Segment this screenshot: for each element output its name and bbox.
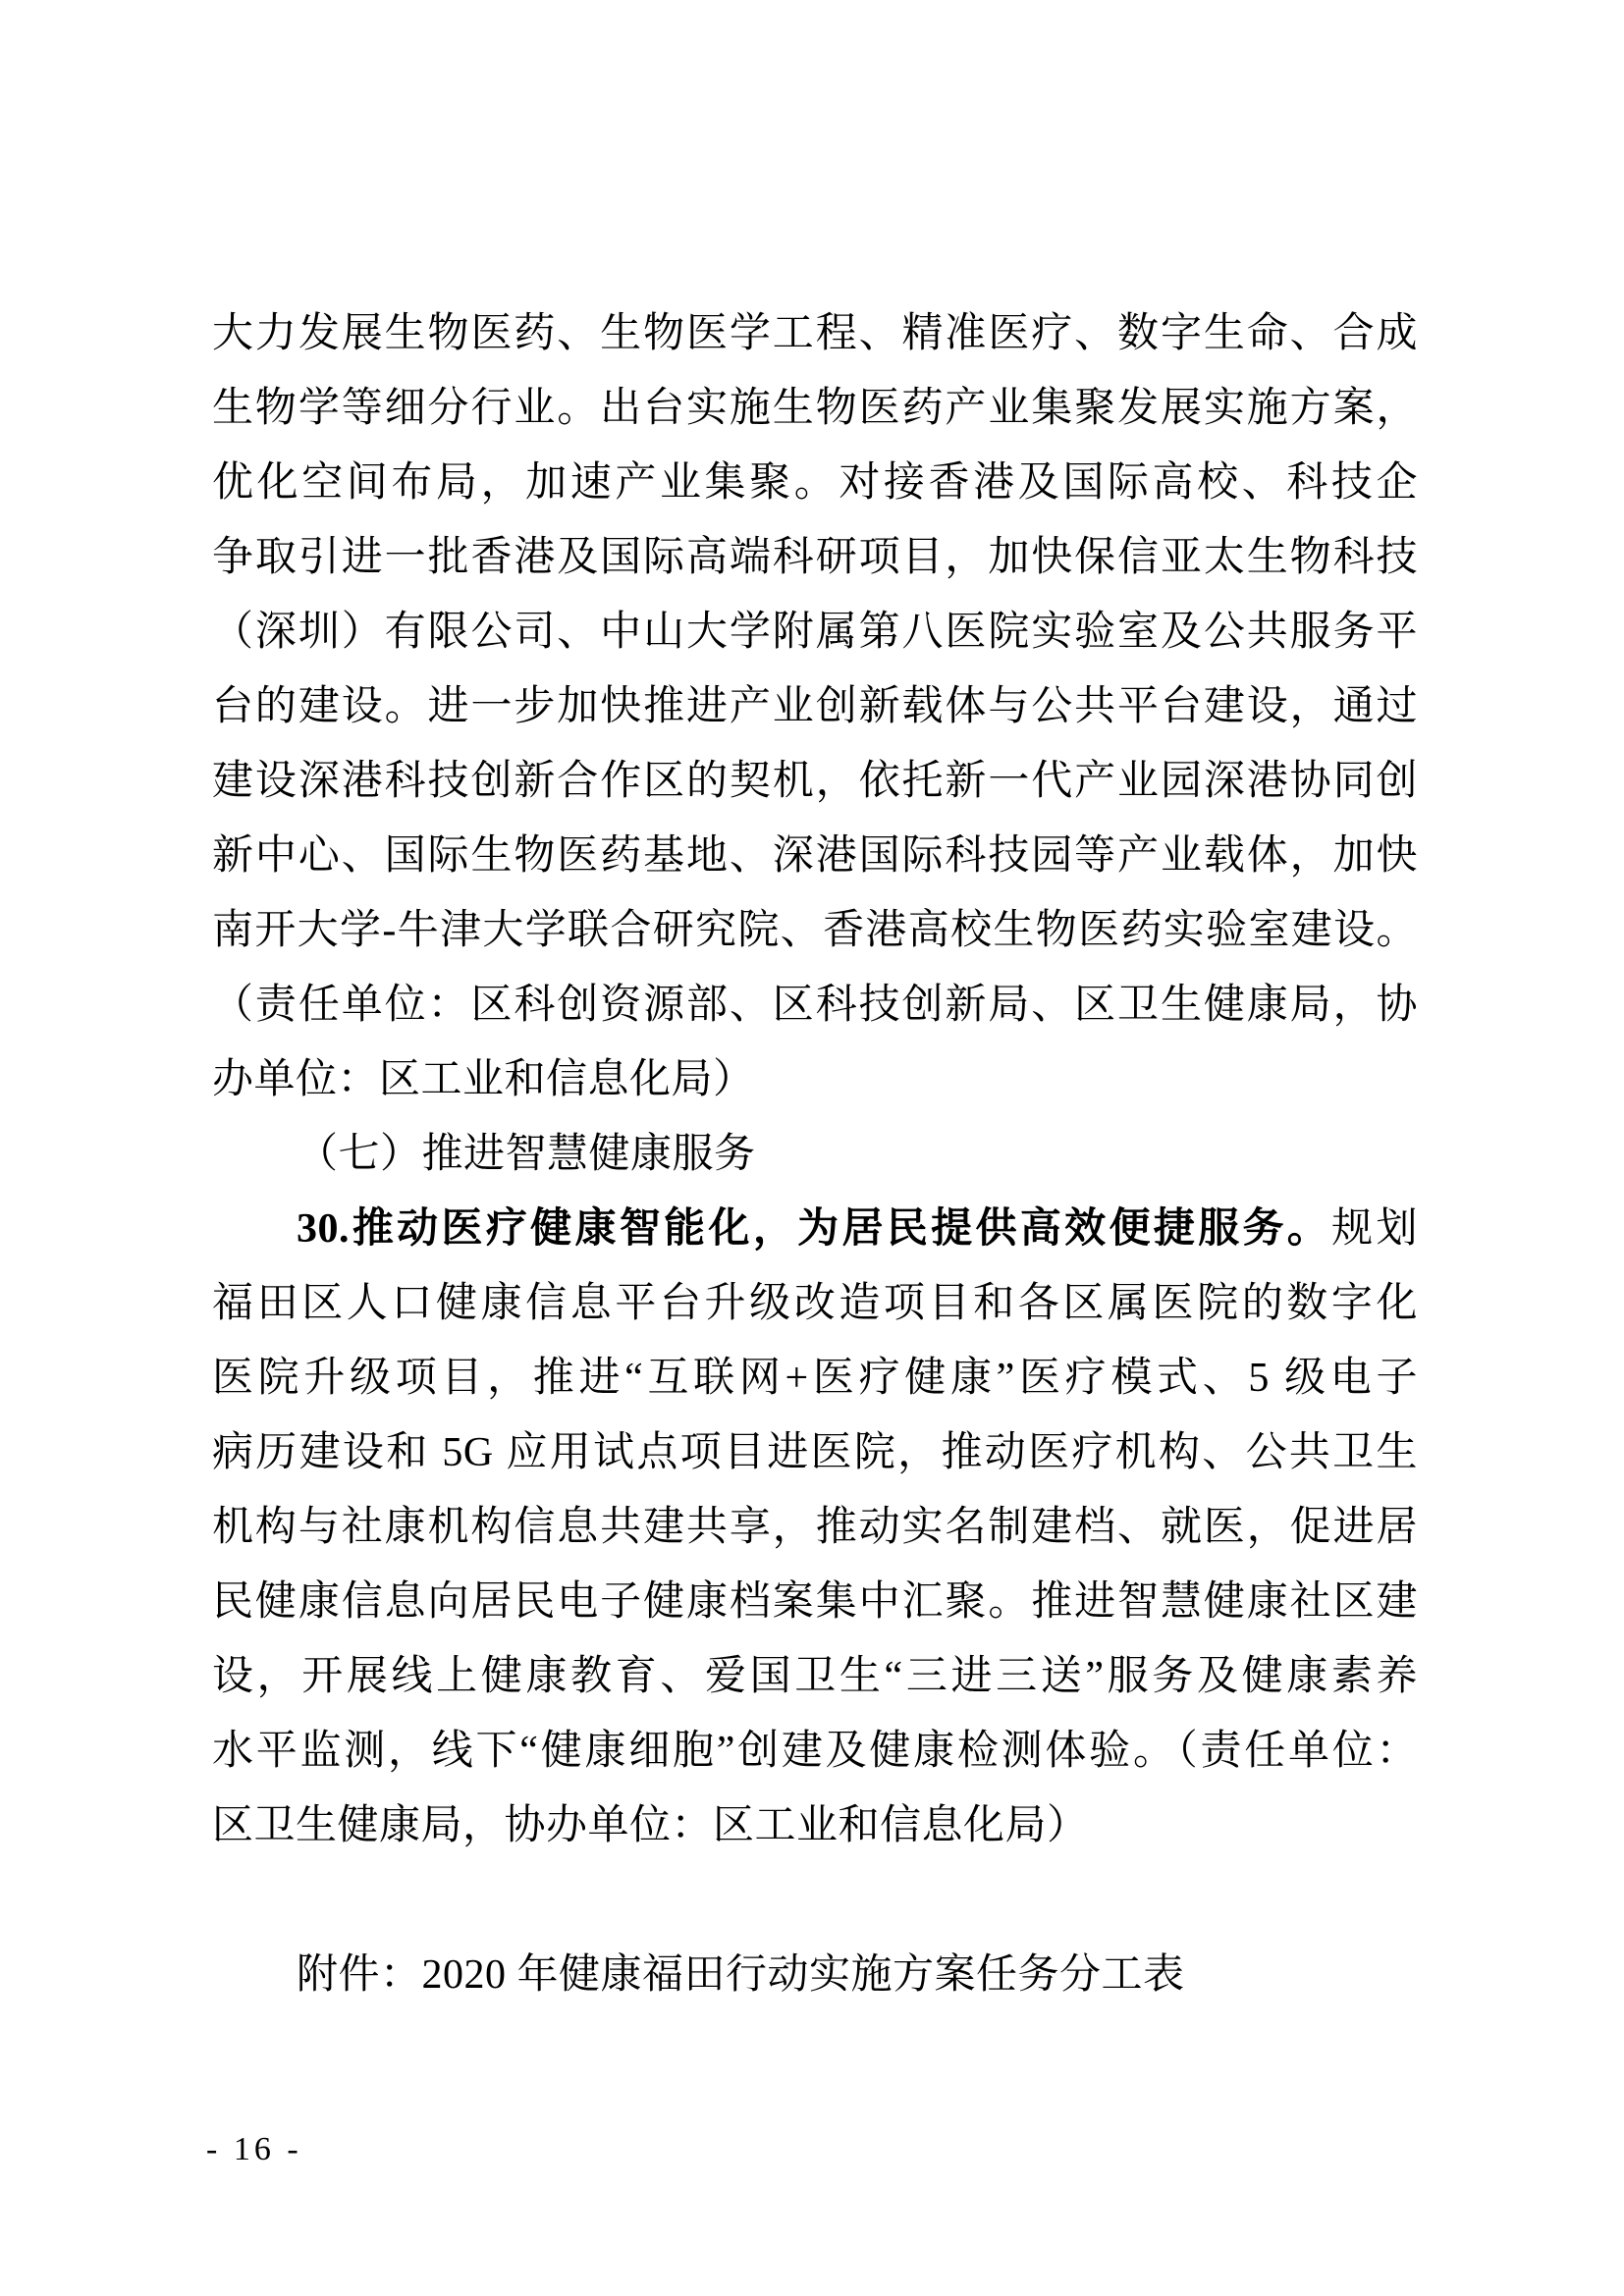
body-line: 机构与社康机构信息共建共享，推动实名制建档、就医，促进居 (212, 1490, 1418, 1565)
section-heading: （七）推进智慧健康服务 (212, 1117, 1418, 1192)
body-line: （深圳）有限公司、中山大学附属第八医院实验室及公共服务平 (212, 595, 1418, 669)
body-line: 优化空间布局，加速产业集聚。对接香港及国际高校、科技企业， (212, 446, 1418, 520)
body-line: 台的建设。进一步加快推进产业创新载体与公共平台建设，通过 (212, 669, 1418, 744)
body-line: 生物学等细分行业。出台实施生物医药产业集聚发展实施方案， (212, 371, 1418, 446)
blank-line (212, 1863, 1418, 1938)
document-body: 大力发展生物医药、生物医学工程、精准医疗、数字生命、合成 生物学等细分行业。出台… (212, 296, 1418, 2012)
body-line: 设，开展线上健康教育、爱国卫生“三进三送”服务及健康素养 (212, 1639, 1418, 1714)
item-30-first-line: 30.推动医疗健康智能化，为居民提供高效便捷服务。规划 (212, 1192, 1418, 1266)
page-number: - 16 - (206, 2126, 302, 2173)
body-line: 南开大学-牛津大学联合研究院、香港高校生物医药实验室建设。 (212, 893, 1418, 968)
body-line: 建设深港科技创新合作区的契机，依托新一代产业园深港协同创 (212, 744, 1418, 819)
body-line: 水平监测，线下“健康细胞”创建及健康检测体验。（责任单位： (212, 1714, 1418, 1789)
body-line: 医院升级项目，推进“互联网+医疗健康”医疗模式、5 级电子 (212, 1341, 1418, 1415)
item-30-bold-lead: 30.推动医疗健康智能化，为居民提供高效便捷服务。 (297, 1206, 1331, 1252)
body-line: 办单位：区工业和信息化局） (212, 1042, 1418, 1117)
body-line: 大力发展生物医药、生物医学工程、精准医疗、数字生命、合成 (212, 296, 1418, 371)
document-page: 大力发展生物医药、生物医学工程、精准医疗、数字生命、合成 生物学等细分行业。出台… (0, 0, 1624, 2296)
attachment-note: 附件：2020 年健康福田行动实施方案任务分工表 (212, 1938, 1418, 2012)
body-line: 民健康信息向居民电子健康档案集中汇聚。推进智慧健康社区建 (212, 1565, 1418, 1639)
body-line: 区卫生健康局，协办单位：区工业和信息化局） (212, 1789, 1418, 1863)
body-line: 争取引进一批香港及国际高端科研项目，加快保信亚太生物科技 (212, 520, 1418, 595)
body-line: 福田区人口健康信息平台升级改造项目和各区属医院的数字化 (212, 1266, 1418, 1341)
body-line: 新中心、国际生物医药基地、深港国际科技园等产业载体，加快 (212, 819, 1418, 893)
body-line: （责任单位：区科创资源部、区科技创新局、区卫生健康局，协 (212, 968, 1418, 1042)
item-30-after-bold: 规划 (1331, 1206, 1418, 1252)
body-line: 病历建设和 5G 应用试点项目进医院，推动医疗机构、公共卫生 (212, 1415, 1418, 1490)
